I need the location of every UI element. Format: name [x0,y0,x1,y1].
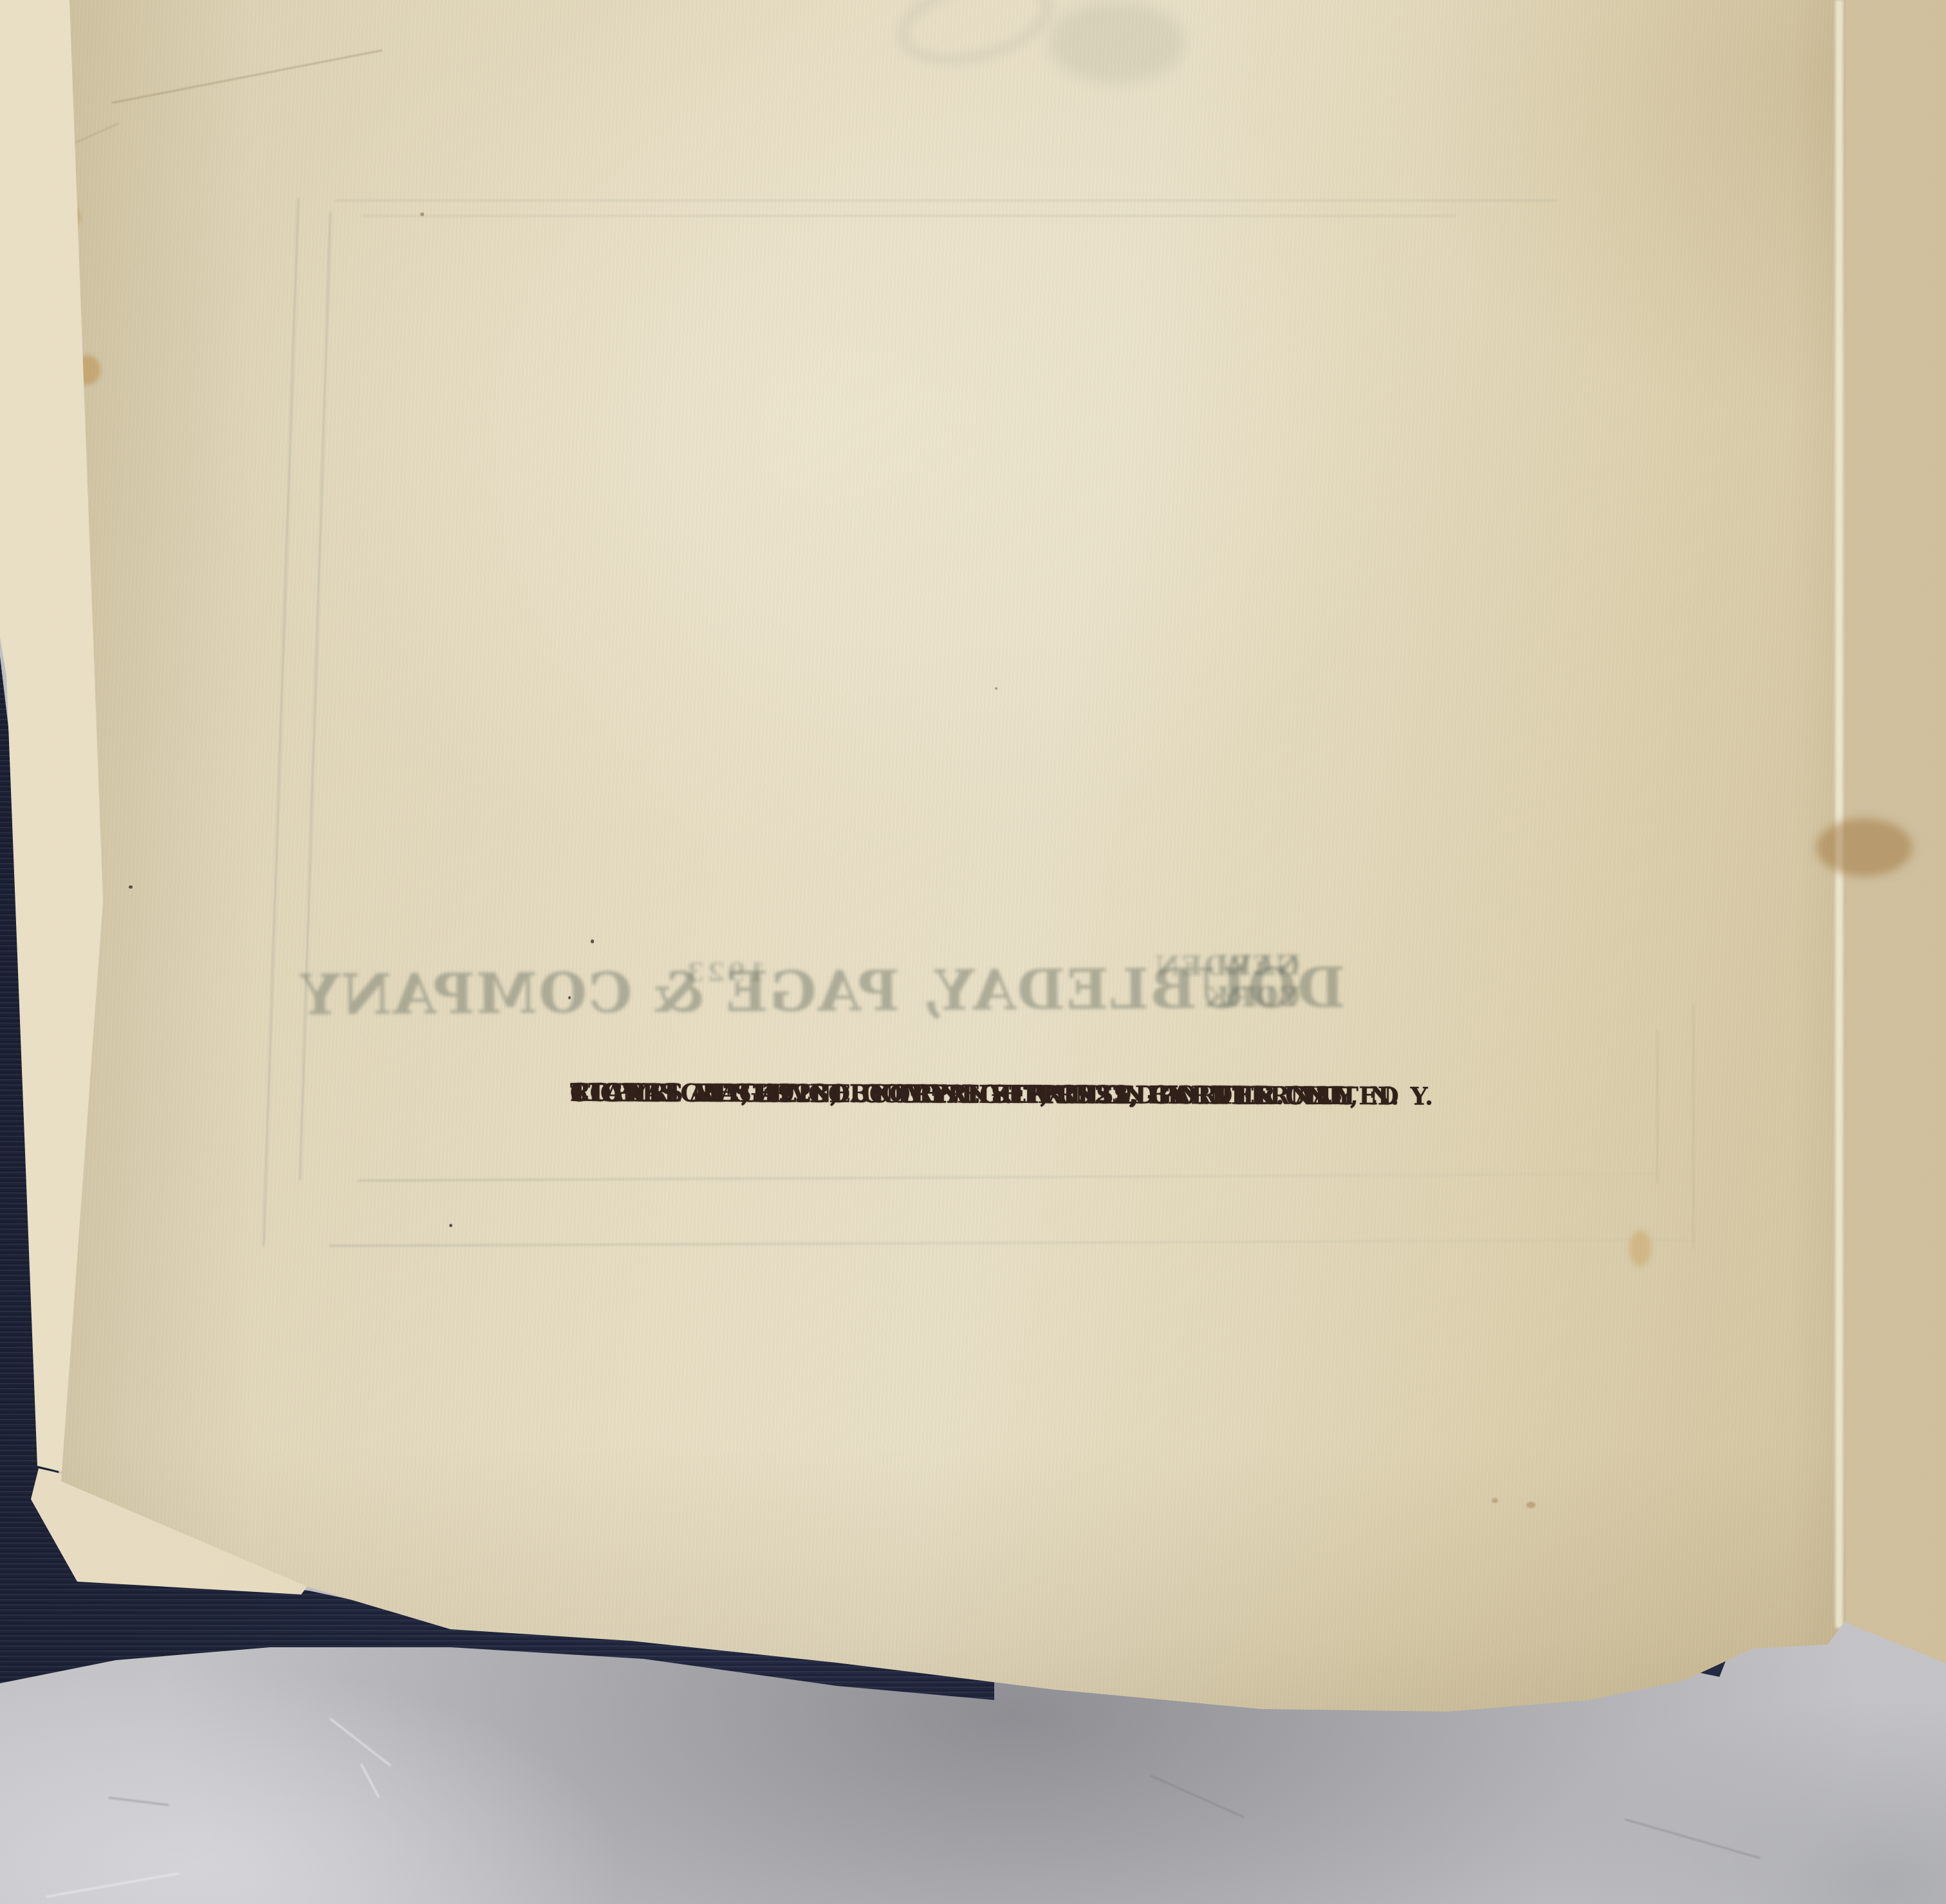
ink-speck [449,1224,452,1227]
embossed-border-line [362,215,1456,217]
embossed-border-line [1656,1030,1658,1184]
faint-stamp-smudge [1049,3,1184,83]
ink-speck [995,687,997,690]
book-photo-scene: GARDEN CITY NEW YORK DOUBLEDAY, PAGE & C… [0,0,1946,1904]
page-stain [1629,1230,1651,1266]
page-stain [420,212,424,216]
bleed-through-publisher: DOUBLEDAY, PAGE & COMPANY [299,956,1345,1028]
embossed-border-line [1692,1004,1694,1248]
ink-speck [129,885,133,889]
page-stain [1526,1502,1535,1508]
fore-edge-stain [1816,818,1913,876]
embossed-border-line [335,199,1557,201]
fore-edge-highlight [1835,0,1843,1628]
bleed-through-year: 1923 [684,957,766,988]
page-stain [1492,1498,1498,1503]
copyright-line: STATES AT THE COUNTRY LIFE PRESS, GARDEN… [570,1073,1434,1116]
ink-speck [591,939,594,943]
